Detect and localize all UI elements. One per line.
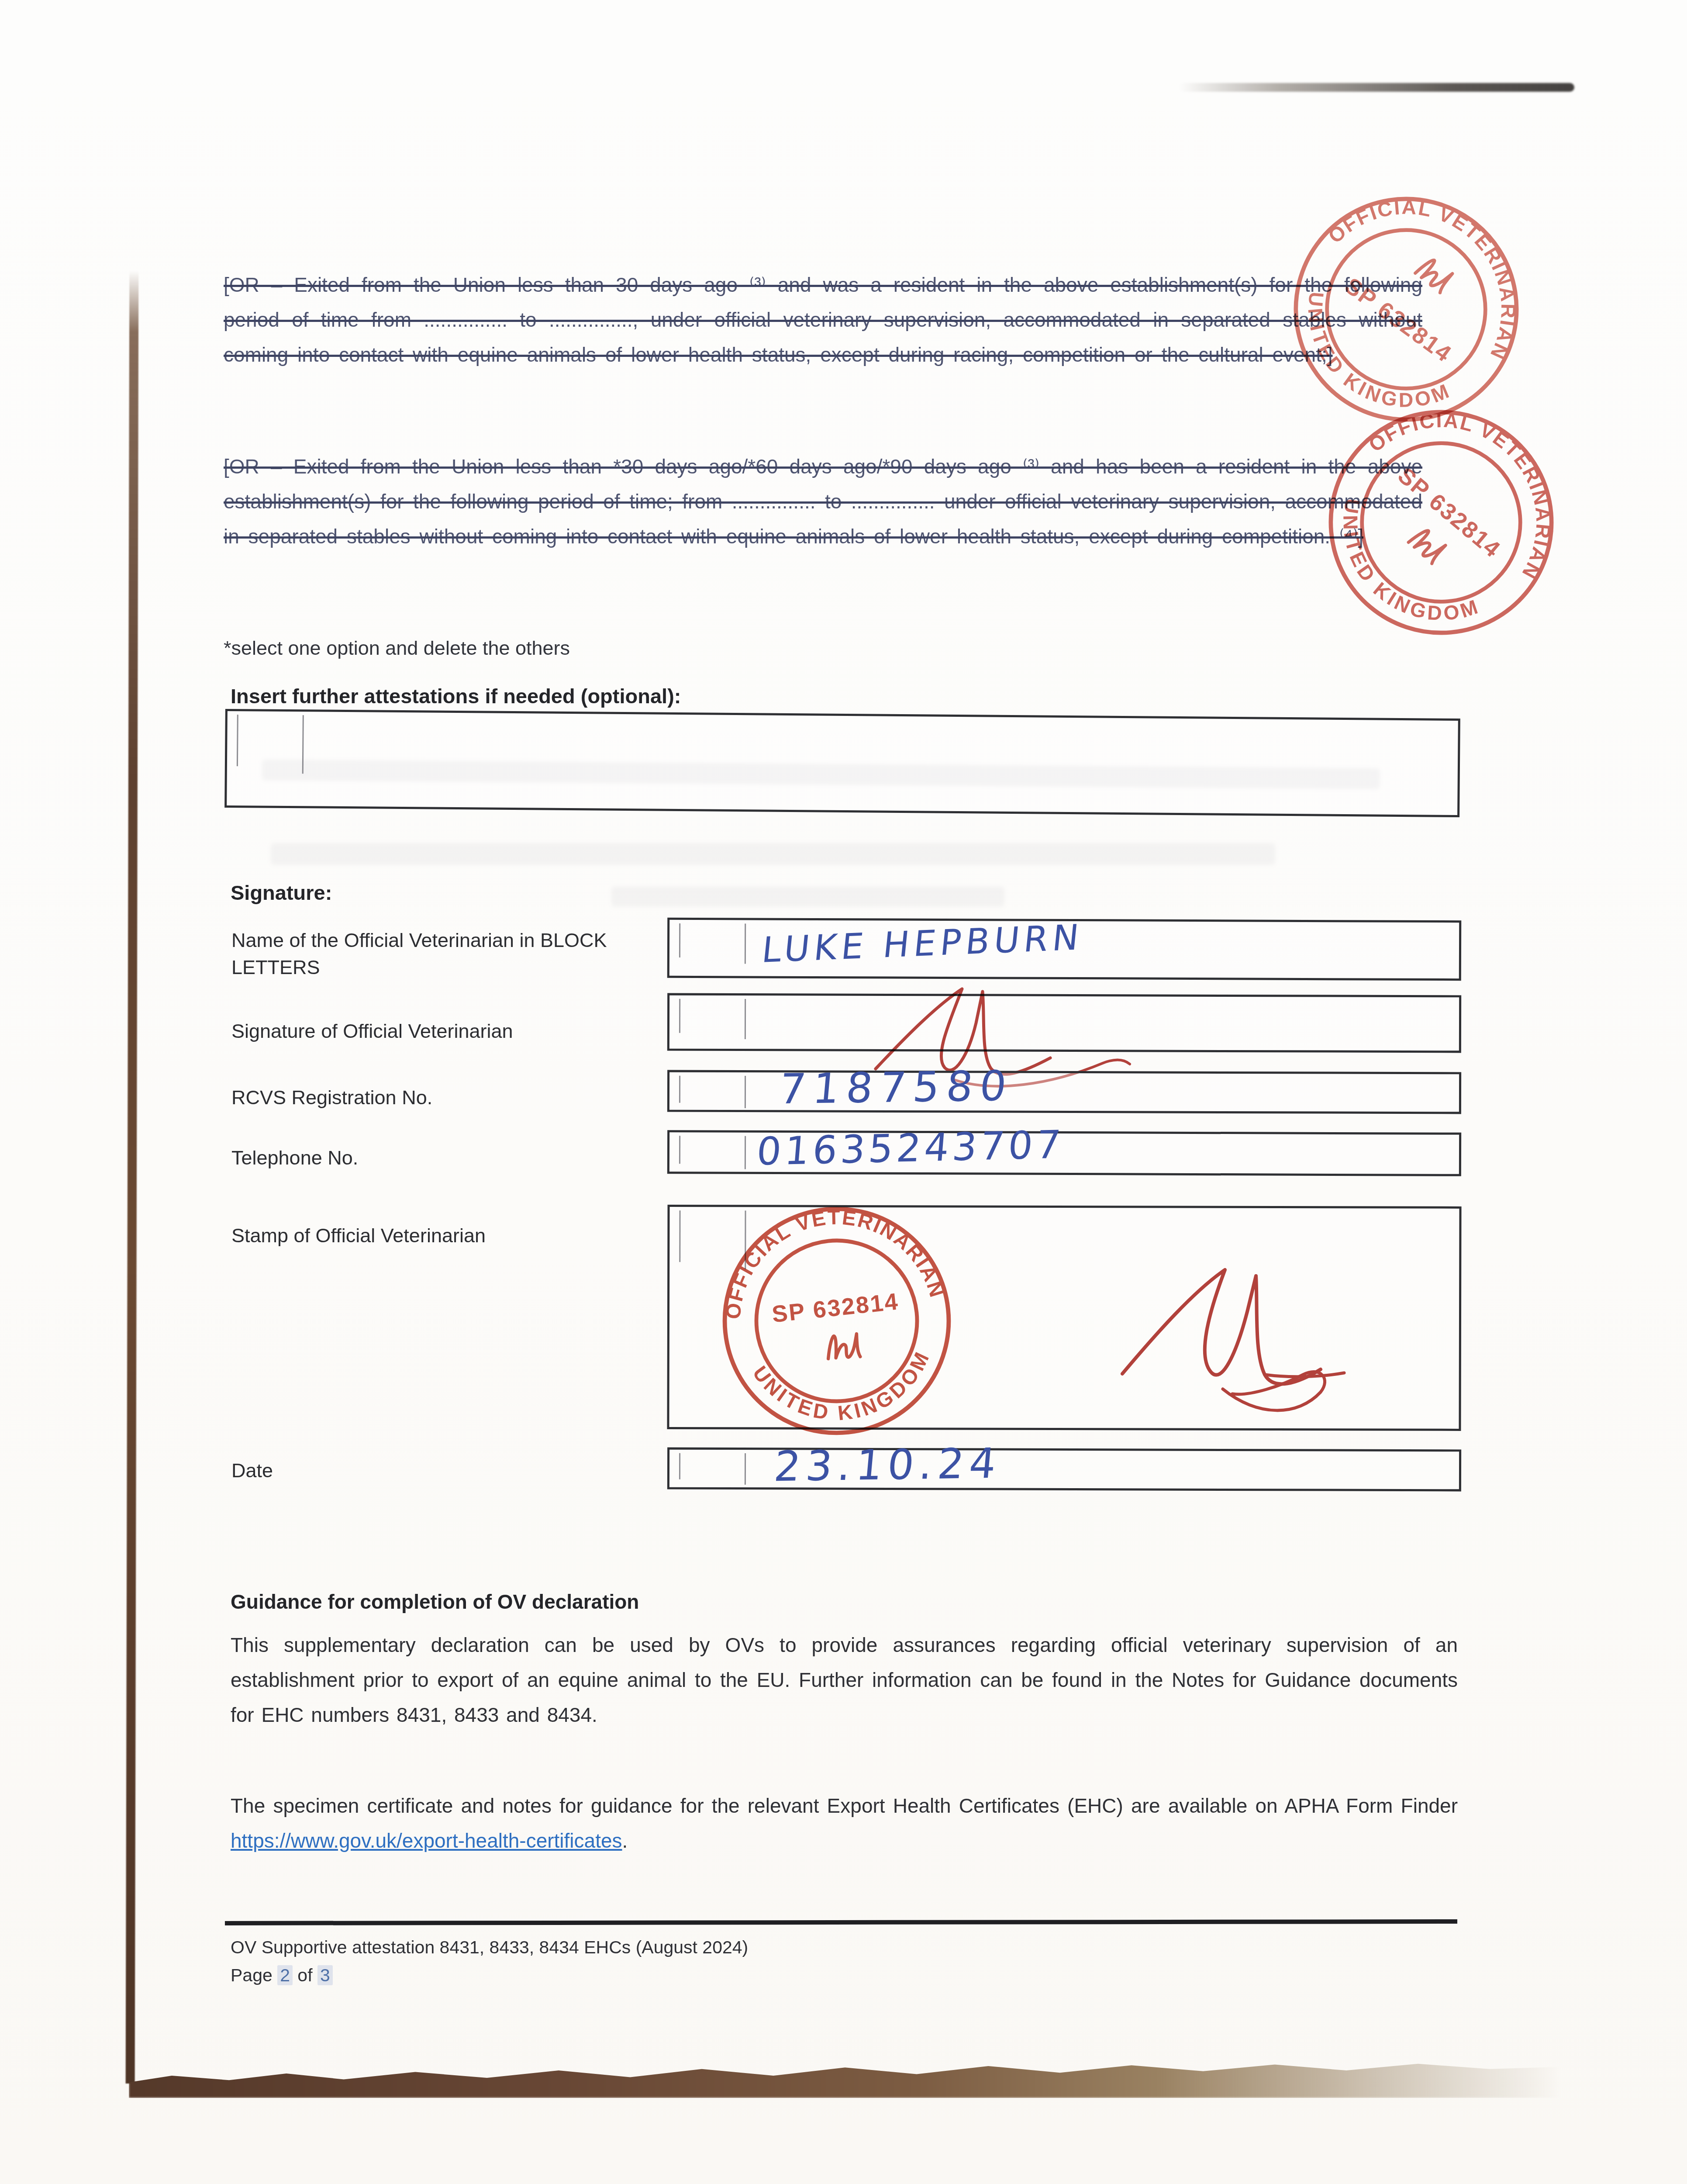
bleed-through-artifact [262, 760, 1380, 789]
stamp-number-text: SP 632814 [1340, 273, 1456, 368]
handwritten-date: 23.10.24 [772, 1439, 1003, 1491]
name-field-label: Name of the Official Veterinarian in BLO… [231, 927, 664, 981]
guidance-paragraph-1: This supplementary declaration can be us… [231, 1628, 1458, 1732]
footer-page-middle: of [293, 1965, 317, 1985]
ov-signature-red-ink-large [1092, 1243, 1354, 1426]
cell-divider-line [679, 999, 680, 1033]
stamp-arc-top-text: OFFICIAL VETERINARIAN [1321, 151, 1564, 367]
cell-divider-line [745, 1453, 746, 1485]
footer-page-total: 3 [317, 1965, 333, 1985]
signature-field-label: Signature of Official Veterinarian [231, 1018, 664, 1045]
footer-page-indicator: Page 2 of 3 [231, 1962, 333, 1988]
guidance-heading: Guidance for completion of OV declaratio… [231, 1590, 639, 1614]
handwritten-name: LUKE HEPBURN [760, 917, 1085, 971]
stamp-number-text: SP 632814 [771, 1288, 900, 1327]
cell-divider-line [679, 1453, 680, 1479]
guidance-paragraph-2: The specimen certificate and notes for g… [231, 1788, 1458, 1858]
signature-section-heading: Signature: [231, 881, 332, 905]
cell-divider-line [745, 1076, 746, 1108]
cell-divider-line [745, 923, 746, 964]
handwritten-telephone: 01635243707 [755, 1122, 1066, 1174]
official-veterinarian-stamp: OFFICIAL VETERINARIAN UNITED KINGDOM SP … [705, 1189, 968, 1452]
rcvs-field-box[interactable]: 7187580 [667, 1070, 1461, 1114]
export-health-certificates-link[interactable]: https://www.gov.uk/export-health-certifi… [231, 1829, 622, 1852]
date-field-label: Date [231, 1457, 664, 1484]
guidance-paragraph-2-text: The specimen certificate and notes for g… [231, 1794, 1458, 1817]
guidance-paragraph-2-period: . [622, 1829, 628, 1852]
handwritten-rcvs-number: 7187580 [777, 1062, 1015, 1113]
stamp-field-label: Stamp of Official Veterinarian [231, 1222, 664, 1249]
svg-text:OFFICIAL VETERINARIAN: OFFICIAL VETERINARIAN [1321, 151, 1564, 367]
footer-document-title: OV Supportive attestation 8431, 8433, 84… [231, 1934, 748, 1960]
further-attestations-box[interactable] [224, 709, 1460, 817]
footer-page-prefix: Page [231, 1965, 277, 1985]
svg-text:UNITED KINGDOM: UNITED KINGDOM [747, 1344, 941, 1434]
attestation-option-1-struck: [OR – Exited from the Union less than 30… [224, 267, 1422, 372]
cell-divider-line [237, 715, 238, 766]
official-veterinarian-stamp-top-2: OFFICIAL VETERINARIAN UNITED KINGDOM SP … [1275, 356, 1608, 689]
select-option-note: *select one option and delete the others [224, 637, 570, 660]
rcvs-field-label: RCVS Registration No. [231, 1084, 664, 1111]
attestation-option-2-struck: [OR – Exited from the Union less than *3… [224, 449, 1422, 554]
cell-divider-line [679, 1076, 680, 1103]
telephone-field-box[interactable]: 01635243707 [667, 1130, 1461, 1176]
scan-streak-artifact [1179, 83, 1574, 92]
bleed-through-artifact [271, 843, 1275, 865]
further-attestations-heading: Insert further attestations if needed (o… [231, 684, 681, 708]
telephone-field-label: Telephone No. [231, 1144, 664, 1171]
stamp-initials-mark [1408, 526, 1446, 564]
scanned-document-page: [OR – Exited from the Union less than 30… [0, 0, 1687, 2184]
paper-edge-bottom [129, 2061, 1561, 2098]
bleed-through-artifact [611, 887, 1004, 907]
stamp-initials-mark [1414, 256, 1453, 293]
footer-divider-line [225, 1919, 1457, 1925]
stamp-arc-bottom-text: UNITED KINGDOM [747, 1344, 941, 1434]
cell-divider-line [745, 1136, 746, 1169]
footer-page-number: 2 [277, 1965, 293, 1985]
date-field-box[interactable]: 23.10.24 [667, 1448, 1461, 1492]
cell-divider-line [679, 1136, 680, 1164]
cell-divider-line [679, 1210, 680, 1262]
cell-divider-line [679, 923, 680, 957]
paper-edge-left [126, 271, 139, 2084]
stamp-initials-mark [826, 1334, 860, 1360]
stamp-number-text: SP 632814 [1393, 463, 1506, 563]
cell-divider-line [745, 999, 746, 1039]
